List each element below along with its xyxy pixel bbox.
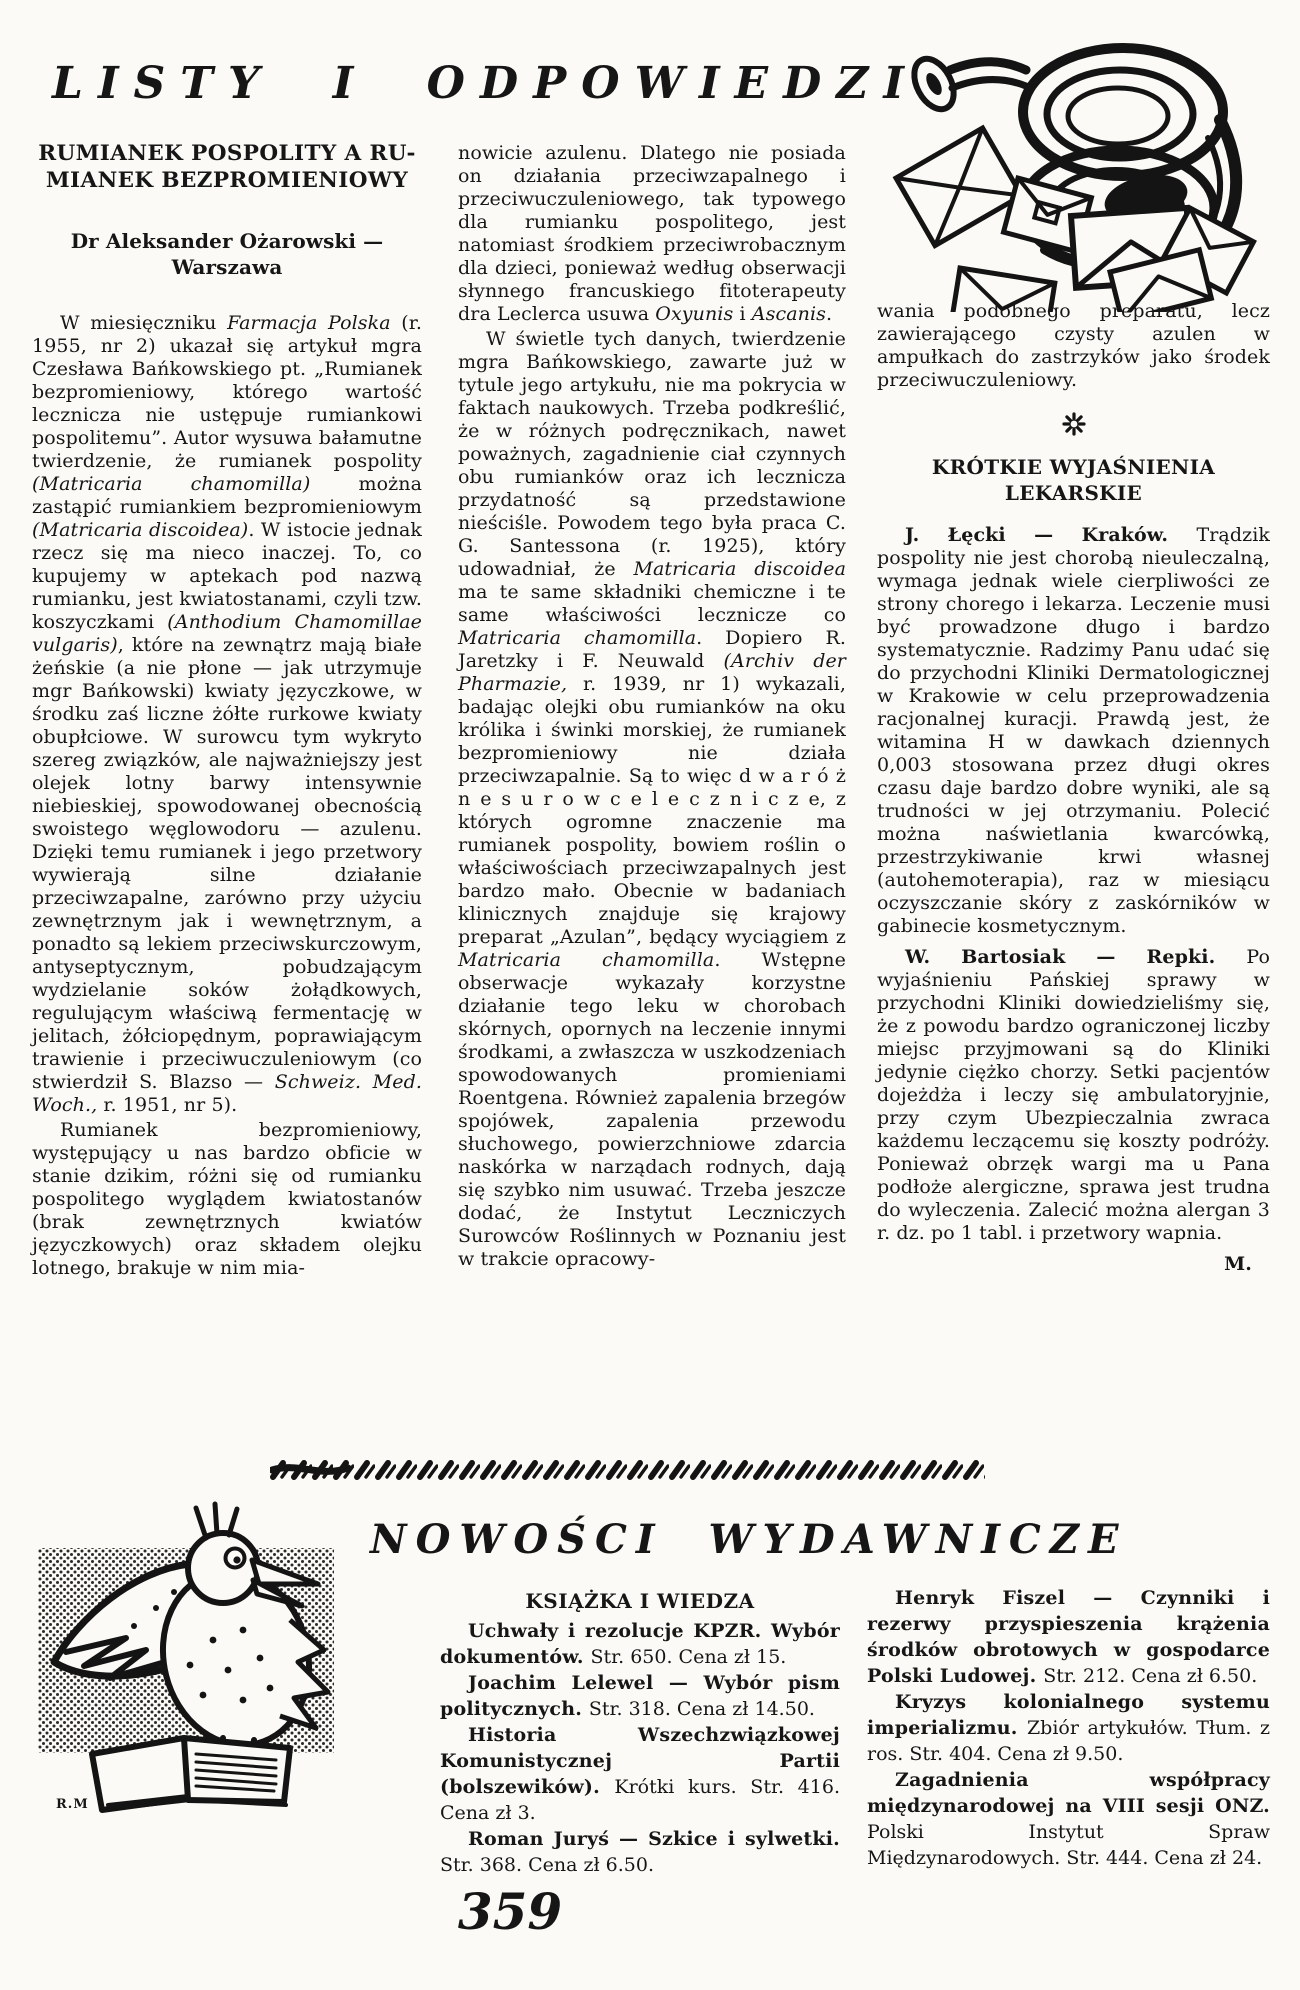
medical-answer: W. Bartosiak — Repki. Po wyjaśnieniu Pań… (877, 946, 1270, 1245)
book-entry: Historia Wszechzwiązkowej Komunistycznej… (440, 1722, 840, 1826)
book-entry: Zagadnienia współpracy międzynarodowej n… (867, 1767, 1270, 1871)
book-entry: Kryzys kolonialnego systemu imperializmu… (867, 1689, 1270, 1767)
editor-signature: M. (877, 1253, 1270, 1276)
illustrator-signature: R.M (56, 1797, 89, 1812)
decorative-divider (270, 1460, 985, 1480)
book-title: Zagadnienia współpracy międzynarodowej n… (867, 1769, 1270, 1817)
new-books-title: NOWOŚCI WYDAWNICZE (370, 1516, 950, 1563)
article-column-3: wania podobnego preparatu, lecz zawieraj… (877, 300, 1270, 1276)
article-heading: RUMIANEK POSPOLITY A RU- MIANEK BEZPROMI… (32, 140, 422, 194)
books-column-right: Henryk Fiszel — Czynniki i rezerwy przys… (867, 1585, 1270, 1871)
bird-reading-book-illustration (38, 1500, 334, 1815)
paragraph: Rumianek bezpromieniowy, występujący u n… (32, 1119, 422, 1280)
publisher-header: KSIĄŻKA I WIEDZA (440, 1588, 840, 1614)
books-column-left: KSIĄŻKA I WIEDZA Uchwały i rezolucje KPZ… (440, 1588, 840, 1878)
book-entry: Joachim Lelewel — Wybór pism politycznyc… (440, 1670, 840, 1722)
article-column-1: RUMIANEK POSPOLITY A RU- MIANEK BEZPROMI… (32, 140, 422, 1282)
medical-heading-line-1: KRÓTKIE WYJAŚNIENIA (932, 455, 1215, 479)
book-title: Kryzys kolonialnego systemu imperializmu… (867, 1691, 1270, 1739)
paragraph: W świetle tych danych, twierdzenie mgra … (458, 328, 846, 1271)
article-heading-line-2: MIANEK BEZPROMIENIOWY (46, 168, 408, 193)
book-title: Joachim Lelewel — Wybór pism politycznyc… (440, 1672, 840, 1720)
article-byline: Dr Aleksander Ożarowski — Warszawa (32, 228, 422, 280)
book-list-right: Henryk Fiszel — Czynniki i rezerwy przys… (867, 1585, 1270, 1871)
article-heading-line-1: RUMIANEK POSPOLITY A RU- (38, 141, 416, 166)
paragraph: W miesięczniku Farmacja Polska (r. 1955,… (32, 312, 422, 1117)
book-title: Historia Wszechzwiązkowej Komunistycznej… (440, 1724, 840, 1798)
article-author-city: Warszawa (172, 255, 283, 279)
asterisk-ornament-icon (1062, 412, 1086, 436)
article-text-col1: W miesięczniku Farmacja Polska (r. 1955,… (32, 312, 422, 1280)
magazine-page: LISTY I ODPOWIEDZI (0, 0, 1300, 1990)
asterisk-ornament-wrap (877, 412, 1270, 438)
page-number: 359 (450, 1882, 570, 1941)
book-title: Roman Juryś — Szkice i sylwetki. (468, 1828, 840, 1850)
book-entry: Uchwały i rezolucje KPZR. Wybór dokument… (440, 1618, 840, 1670)
paragraph: nowicie azulenu. Dlatego nie posiada on … (458, 142, 846, 326)
answer-addressee: J. Łęcki — Kraków. (905, 524, 1196, 546)
book-entry: Roman Juryś — Szkice i sylwetki. Str. 36… (440, 1826, 840, 1878)
article-author: Dr Aleksander Ożarowski — (71, 229, 384, 253)
book-title: Henryk Fiszel — Czynniki i rezerwy przys… (867, 1587, 1270, 1687)
book-title: Uchwały i rezolucje KPZR. Wybór dokument… (440, 1620, 840, 1668)
book-entry: Henryk Fiszel — Czynniki i rezerwy przys… (867, 1585, 1270, 1689)
open-book-icon (92, 1738, 290, 1810)
article-text-col3: wania podobnego preparatu, lecz zawieraj… (877, 300, 1270, 392)
post-horn-envelopes-illustration (868, 20, 1280, 312)
page-section-title: LISTY I ODPOWIEDZI (52, 58, 919, 109)
medical-section-heading: KRÓTKIE WYJAŚNIENIA LEKARSKIE (877, 454, 1270, 506)
medical-heading-line-2: LEKARSKIE (1005, 481, 1142, 505)
paragraph: wania podobnego preparatu, lecz zawieraj… (877, 300, 1270, 392)
medical-answer: J. Łęcki — Kraków. Trądzik pospolity nie… (877, 524, 1270, 938)
answer-addressee: W. Bartosiak — Repki. (905, 946, 1246, 968)
book-list-left: Uchwały i rezolucje KPZR. Wybór dokument… (440, 1618, 840, 1878)
medical-answers: J. Łęcki — Kraków. Trądzik pospolity nie… (877, 524, 1270, 1245)
article-column-2: nowicie azulenu. Dlatego nie posiada on … (458, 142, 846, 1273)
